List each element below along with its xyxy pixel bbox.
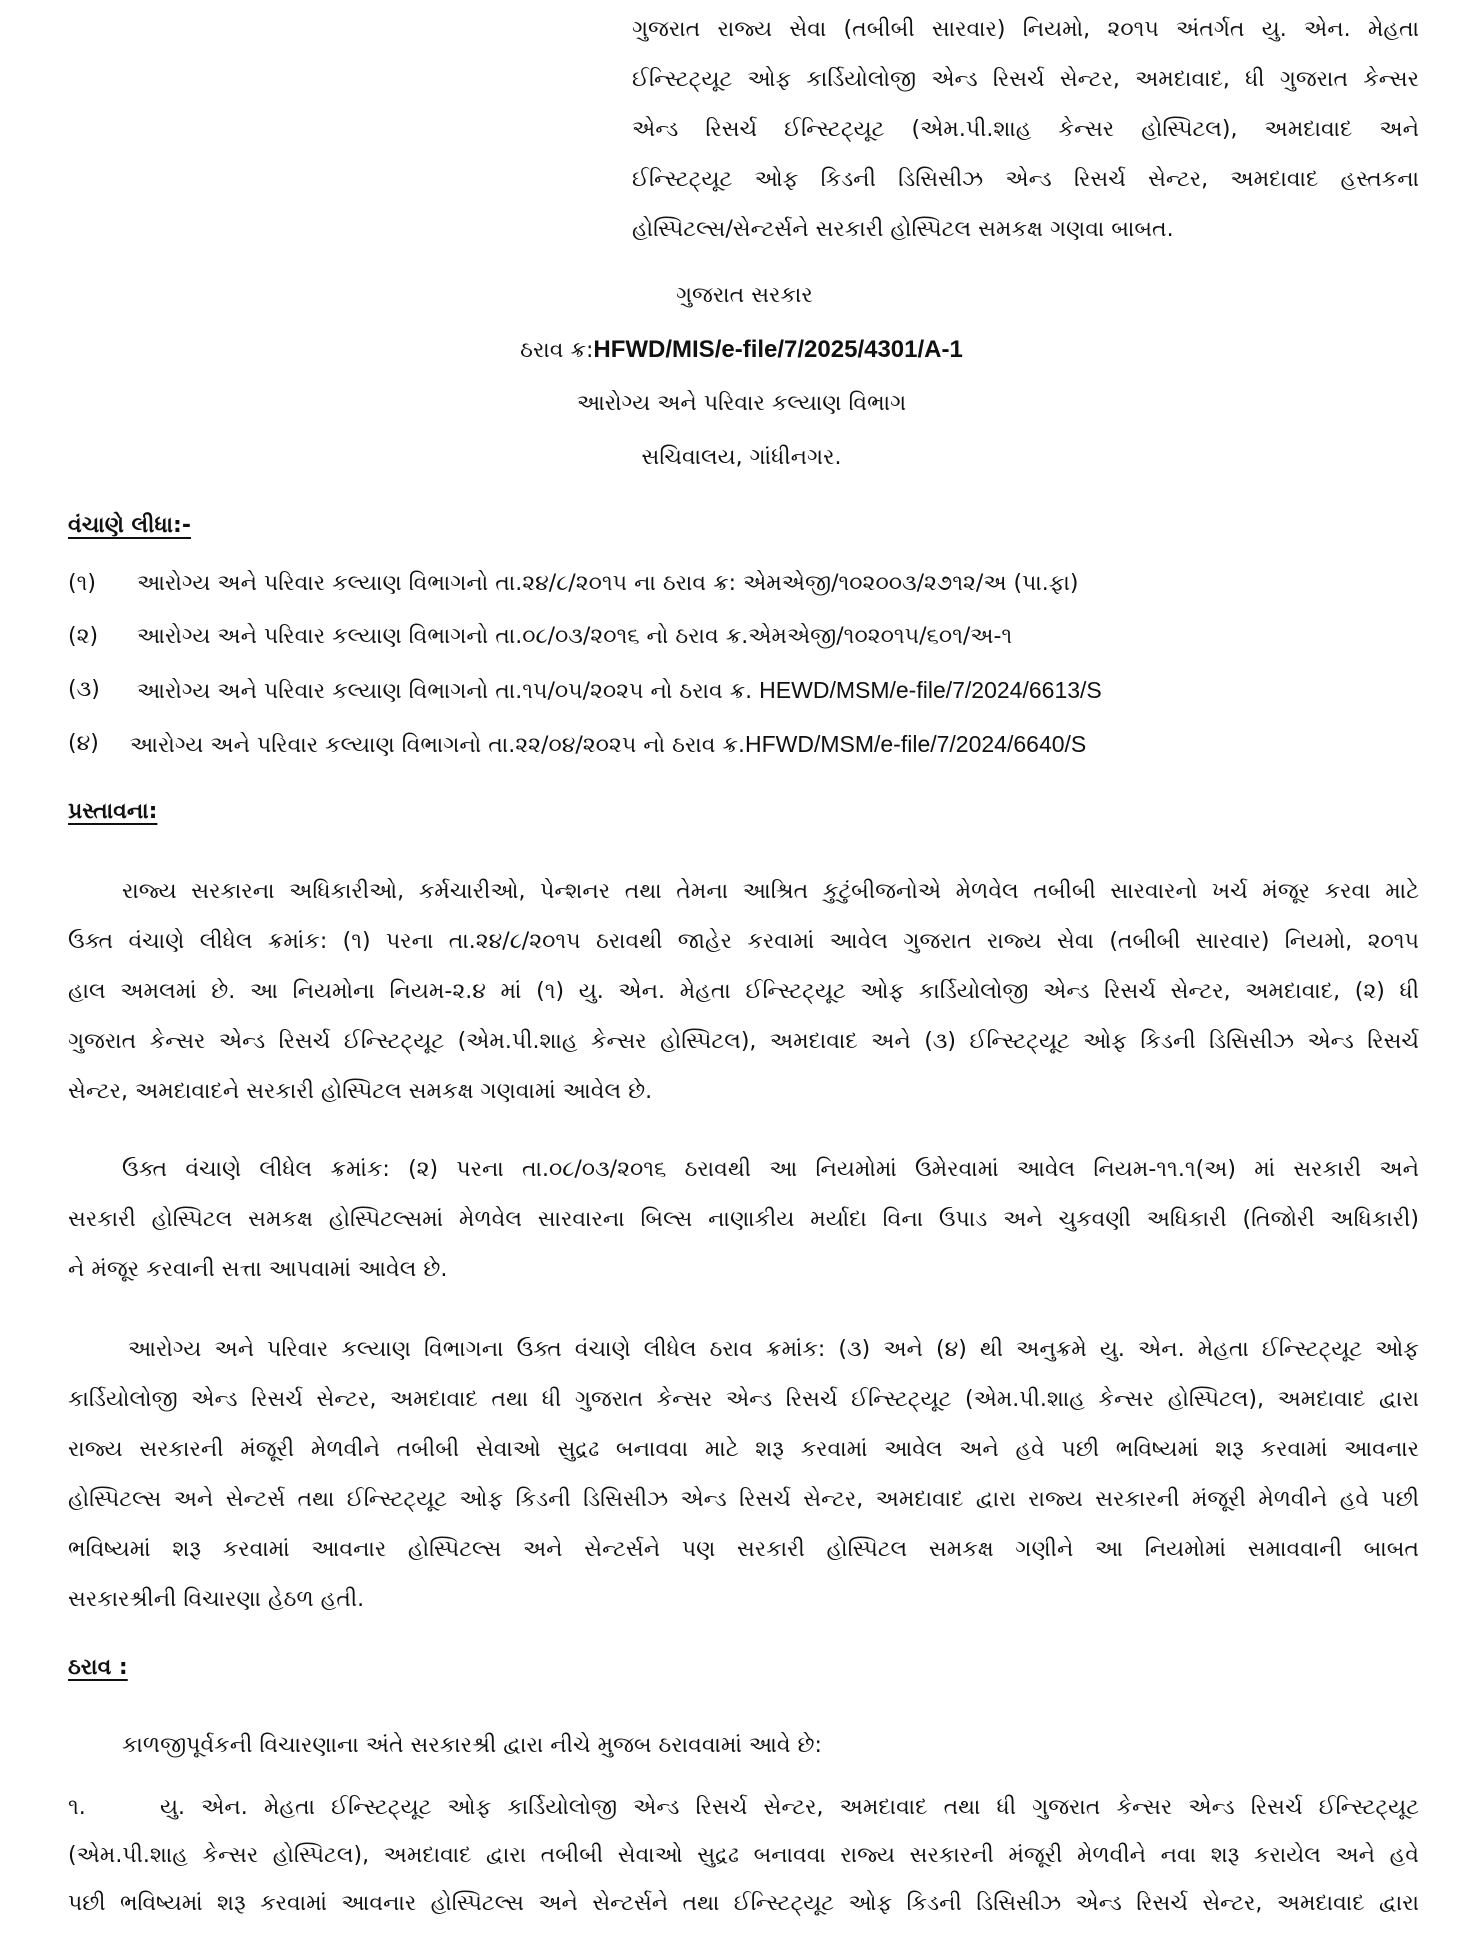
reference-code: HEWD/MSM/e-file/7/2024/6613/S (759, 677, 1102, 703)
references-heading: વંચાણે લીધા:- (68, 510, 191, 542)
reference-number: (૧) (68, 568, 96, 600)
reference-text: આરોગ્ય અને પરિવાર કલ્યાણ વિભાગનો તા.૨૪/૮… (137, 568, 1078, 600)
resolution-intro: કાળજીપૂર્વકની વિચારણાના અંતે સરકારશ્રી દ… (122, 1730, 1419, 1762)
resolution-item-line: પછી ભવિષ્યમાં શરૂ કરવામાં આવનાર હોસ્પિટલ… (68, 1888, 1419, 1920)
preamble-line: ને મંજૂર કરવાની સત્તા આપવામાં આવેલ છે. (68, 1254, 1419, 1286)
preamble-line: સરકારી હોસ્પિટલ સમકક્ષ હોસ્પિટલ્સમાં મેળ… (68, 1204, 1419, 1236)
preamble-line: હોસ્પિટલ્સ અને સેન્ટર્સ તથા ઈન્સ્ટિટ્યૂટ… (68, 1484, 1419, 1516)
preamble-line: સેન્ટર, અમદાવાદને સરકારી હોસ્પિટલ સમકક્ષ… (68, 1076, 1419, 1108)
department-name: આરોગ્ય અને પરિવાર કલ્યાણ વિભાગ (0, 388, 1483, 420)
reference-text: આરોગ્ય અને પરિવાર કલ્યાણ વિભાગનો તા.૦૮/૦… (137, 621, 1012, 653)
preamble-line: કાર્ડિયોલોજી એન્ડ રિસર્ચ સેન્ટર, અમદાવાદ… (68, 1384, 1419, 1416)
government-name: ગુજરાત સરકાર (676, 280, 813, 312)
preamble-line: ઉક્ત વંચાણે લીધેલ ક્રમાંક: (૧) પરના તા.૨… (68, 926, 1419, 958)
preamble-heading: પ્રસ્તાવના: (68, 796, 157, 828)
subject-line: એન્ડ રિસર્ચ ઈન્સ્ટિટ્યૂટ (એમ.પી.શાહ કેન્… (632, 114, 1419, 146)
preamble-line: ભવિષ્યમાં શરૂ કરવામાં આવનાર હોસ્પિટલ્સ અ… (68, 1534, 1419, 1566)
resolution-code: HFWD/MIS/e-file/7/2025/4301/A-1 (593, 336, 962, 363)
reference-text-gu: આરોગ્ય અને પરિવાર કલ્યાણ વિભાગનો તા.૧૫/૦… (137, 679, 759, 704)
reference-number: (૨) (68, 621, 98, 653)
location: સચિવાલય, ગાંધીનગર. (0, 442, 1483, 474)
preamble-line: હાલ અમલમાં છે. આ નિયમોના નિયમ-૨.૪ માં (૧… (68, 976, 1419, 1008)
preamble-line: ઉક્ત વંચાણે લીધેલ ક્રમાંક: (૨) પરના તા.૦… (122, 1154, 1419, 1186)
preamble-line: રાજ્ય સરકારના અધિકારીઓ, કર્મચારીઓ, પેન્શ… (122, 876, 1419, 908)
preamble-line: સરકારશ્રીની વિચારણા હેઠળ હતી. (68, 1584, 1419, 1616)
subject-line: ઈન્સ્ટિટ્યૂટ ઓફ કાર્ડિયોલોજી એન્ડ રિસર્ચ… (632, 64, 1419, 96)
reference-text: આરોગ્ય અને પરિવાર કલ્યાણ વિભાગનો તા.૧૫/૦… (137, 674, 1102, 708)
preamble-line: ગુજરાત કેન્સર એન્ડ રિસર્ચ ઈન્સ્ટિટ્યૂટ (… (68, 1026, 1419, 1058)
subject-line: ઈન્સ્ટિટ્યૂટ ઓફ કિડની ડિસિસીઝ એન્ડ રિસર્… (632, 164, 1419, 196)
preamble-line: આરોગ્ય અને પરિવાર કલ્યાણ વિભાગના ઉક્ત વં… (128, 1334, 1419, 1366)
subject-line: હોસ્પિટલ્સ/સેન્ટર્સને સરકારી હોસ્પિટલ સમ… (632, 214, 1419, 246)
preamble-line: રાજ્ય સરકારની મંજૂરી મેળવીને તબીબી સેવાઓ… (68, 1434, 1419, 1466)
subject-line: ગુજરાત રાજ્ય સેવા (તબીબી સારવાર) નિયમો, … (632, 14, 1419, 46)
resolution-heading: ઠરાવ : (68, 1652, 128, 1684)
resolution-item-number: ૧. (68, 1792, 86, 1824)
resolution-number: ઠરાવ ક્ર:HFWD/MIS/e-file/7/2025/4301/A-1 (0, 334, 1483, 367)
reference-number: (૪) (68, 728, 99, 760)
document-page: ગુજરાત રાજ્ય સેવા (તબીબી સારવાર) નિયમો, … (0, 0, 1483, 1934)
resolution-prefix: ઠરાવ ક્ર: (520, 338, 593, 363)
reference-number: (૩) (68, 674, 100, 706)
resolution-item-line: (એમ.પી.શાહ કેન્સર હોસ્પિટલ), અમદાવાદ દ્વ… (68, 1840, 1419, 1872)
reference-code: HFWD/MSM/e-file/7/2024/6640/S (745, 731, 1086, 757)
resolution-item-line: યુ. એન. મેહતા ઈન્સ્ટિટ્યૂટ ઓફ કાર્ડિયોલો… (160, 1792, 1419, 1824)
reference-text-gu: આરોગ્ય અને પરિવાર કલ્યાણ વિભાગનો તા.૨૨/૦… (130, 733, 745, 758)
reference-text: આરોગ્ય અને પરિવાર કલ્યાણ વિભાગનો તા.૨૨/૦… (130, 728, 1086, 762)
